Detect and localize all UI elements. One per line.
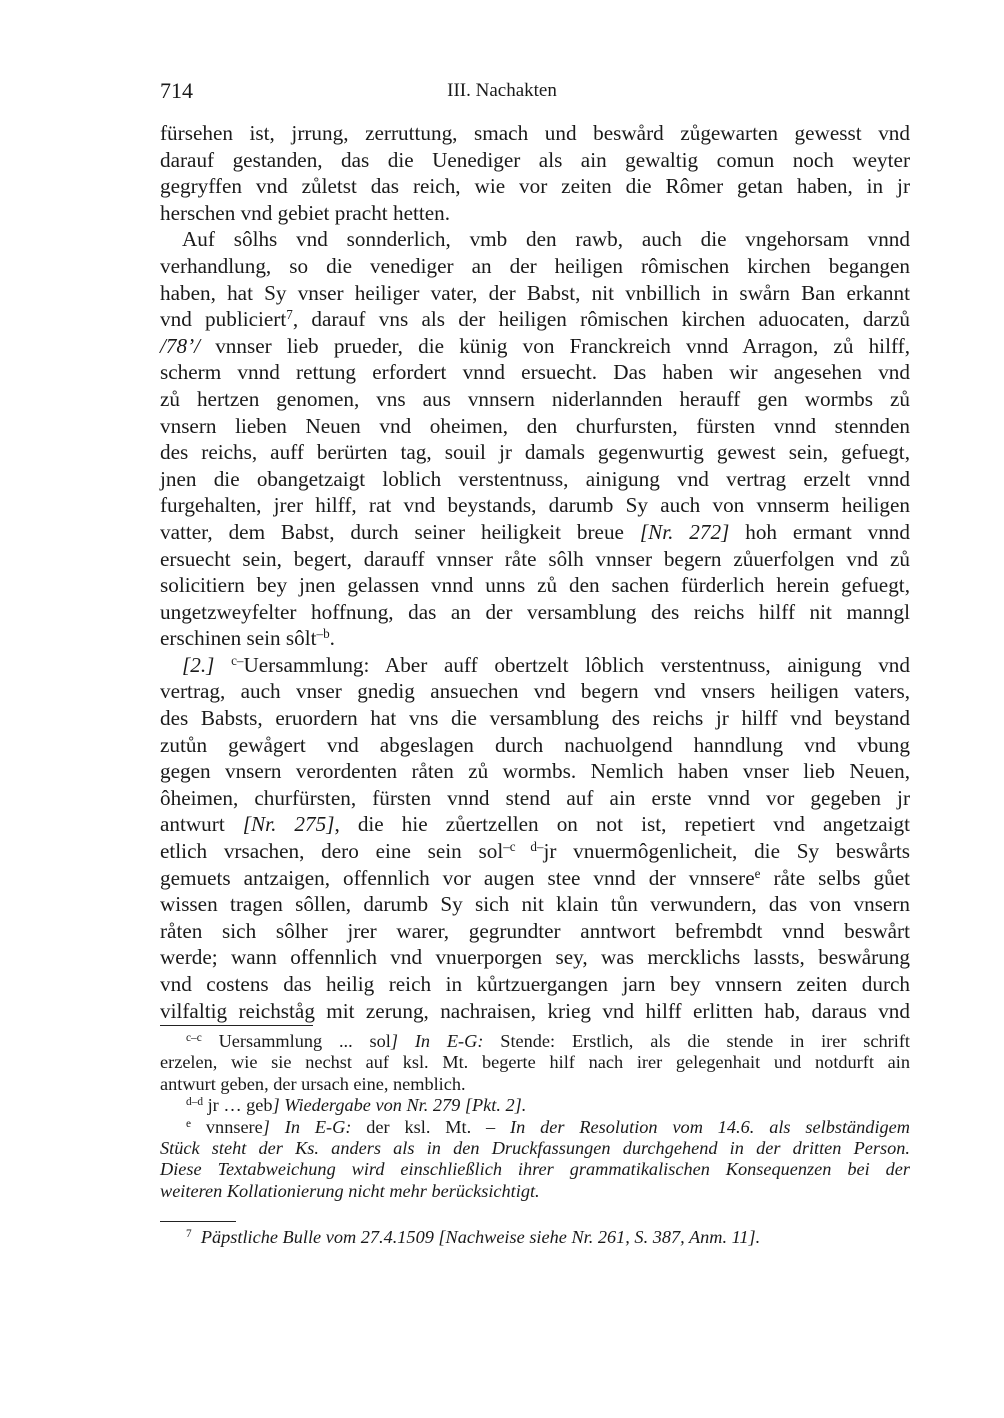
paragraph: Auf sôlhs vnd sonnderlich, vmb den rawb,… (160, 226, 910, 652)
textual-note-d: d–d jr … geb] Wiedergabe von Nr. 279 [Pk… (160, 1095, 910, 1116)
text-line: gemuets antzaigen, offennlich vor augen … (160, 865, 910, 892)
note-text-line: antwurt geben, der ursach eine, nemblich… (160, 1074, 910, 1095)
text-line: ersuecht sein, begert, darauff vnnser rå… (160, 546, 910, 573)
note-comment-line: weiteren Kollationierung nicht mehr berü… (160, 1181, 910, 1202)
text-fragment: antwurt (160, 812, 243, 836)
text-line: /78’/ vnnser lieb prueder, die künig von… (160, 333, 910, 360)
text-fragment: , darauf vns als der heiligen rômischen … (293, 307, 910, 331)
text-fragment: erschinen sein sôlt (160, 626, 317, 650)
text-fragment: vatter, dem Babst, durch seiner heiligke… (160, 520, 640, 544)
lemma-bracket: ] (263, 1117, 270, 1137)
cross-reference[interactable]: [Nr. 272] (640, 520, 730, 544)
text-line: antwurt [Nr. 275], die hie zůertzellen o… (160, 811, 910, 838)
note-comment-line: Stück steht der Ks. anders als in den Dr… (160, 1138, 910, 1159)
text-fragment: råte selbs gůet (760, 866, 910, 890)
text-line: vnd costens das heilig reich in kůrtzuer… (160, 971, 910, 998)
paragraph: [2.] c–Uersammlung: Aber auff obertzelt … (160, 652, 910, 1024)
text-line: haben, hat Sy vnser heiliger vater, der … (160, 280, 910, 307)
note-source: In E-G: (285, 1117, 352, 1137)
textual-notes: c–c Uersammlung ... sol] In E-G: Stende:… (160, 1031, 910, 1202)
text-line: gegen vnsern verordenten råten zů wormbs… (160, 758, 910, 785)
note-marker: d–d (186, 1096, 203, 1108)
text-line: des reichs, auff berürten tag, souil jr … (160, 439, 910, 466)
text-fragment: etlich vrsachen, dero eine sein sol (160, 839, 503, 863)
note-marker: e (186, 1117, 191, 1129)
note-marker: 7 (186, 1228, 192, 1240)
text-fragment: Uersammlung: Aber auff obertzelt lôblich… (243, 653, 910, 677)
text-line: vatter, dem Babst, durch seiner heiligke… (160, 519, 910, 546)
note-marker-b: –b (317, 626, 330, 641)
note-marker-c[interactable]: c– (231, 653, 243, 668)
cross-reference[interactable]: [Nr. 275] (243, 812, 335, 836)
text-line: etlich vrsachen, dero eine sein sol–c d–… (160, 838, 910, 865)
text-line: furgehalten, jrer hilff, rat vnd beystan… (160, 492, 910, 519)
text-fragment: . (330, 626, 335, 650)
commentary-separator (160, 1221, 236, 1222)
text-line: zů hertzen genomen, vns aus vnnsern nide… (160, 386, 910, 413)
text-fragment: , die hie zůertzellen on not ist, repeti… (334, 812, 910, 836)
note-lemma: Uersammlung ... sol (219, 1031, 391, 1051)
textual-note-c: c–c Uersammlung ... sol] In E-G: Stende:… (160, 1031, 910, 1052)
lemma-bracket: ] (273, 1095, 280, 1115)
note-comment: In der Resolution vom 14.6. als selbstän… (510, 1117, 910, 1137)
text-line: vnd publiciert7, darauf vns als der heil… (160, 306, 910, 333)
section-number: [2.] (182, 653, 214, 677)
text-fragment: vnd publiciert (160, 307, 286, 331)
text-line: [2.] c–Uersammlung: Aber auff obertzelt … (160, 652, 910, 679)
note-text-line: erzelen, wie sie nechst auf ksl. Mt. beg… (160, 1052, 910, 1073)
text-fragment: jr vnuermôgenlicheit, die Sy beswårts (543, 839, 910, 863)
text-line: råten sich sôlher jrer warer, gegrundter… (160, 918, 910, 945)
lemma-bracket: ] (391, 1031, 398, 1051)
text-line: ungetzweyfelter hoffnung, das an der ver… (160, 599, 910, 626)
text-line: vertrag, auch vnser gnedig ansuechen vnd… (160, 678, 910, 705)
text-line: herschen vnd gebiet pracht hetten. (160, 200, 910, 227)
text-line: wissen tragen sôllen, darumb Sy sich nit… (160, 891, 910, 918)
text-line: ôheimen, churfürsten, fürsten vnnd stend… (160, 785, 910, 812)
note-comment-line: Diese Textabweichung wird einschließlich… (160, 1159, 910, 1180)
text-line: werde; wann offennlich vnd vnuerporgen s… (160, 944, 910, 971)
text-fragment: vnnser lieb prueder, die künig von Franc… (200, 334, 910, 358)
note-text: Päpstliche Bulle vom 27.4.1509 [Nachweis… (201, 1227, 760, 1247)
text-line: Auf sôlhs vnd sonnderlich, vmb den rawb,… (160, 226, 910, 253)
text-fragment: hoh ermant vnnd (729, 520, 910, 544)
note-marker-c-d[interactable]: –c d– (503, 839, 543, 854)
note-lemma: jr … geb (208, 1095, 273, 1115)
note-source: In E-G: (415, 1031, 484, 1051)
text-line: vnsern lieben Neuen vnd oheimen, den chu… (160, 413, 910, 440)
commentary-note-7: 7 Päpstliche Bulle vom 27.4.1509 [Nachwe… (160, 1227, 910, 1248)
note-lemma: vnnsere (206, 1117, 263, 1137)
text-line: jnen die obangetzaigt loblich verstentnu… (160, 466, 910, 493)
note-marker: c–c (186, 1032, 202, 1044)
textual-note-e: e vnnsere] In E-G: der ksl. Mt. – In der… (160, 1117, 910, 1138)
text-line: vilfaltig reichståg mit zerung, nachrais… (160, 998, 910, 1025)
main-text: fürsehen ist, jrrung, zerruttung, smach … (160, 120, 910, 1024)
paragraph: fürsehen ist, jrrung, zerruttung, smach … (160, 120, 910, 226)
text-line: darauf gestanden, das die Uenediger als … (160, 147, 910, 174)
text-line: zutůn gewågert vnd abgeslagen durch nach… (160, 732, 910, 759)
text-line: gegryffen vnd zůletst das reich, wie vor… (160, 173, 910, 200)
note-reading: der ksl. Mt. – (366, 1117, 495, 1137)
text-line: verhandlung, so die venediger an der hei… (160, 253, 910, 280)
text-line: fürsehen ist, jrrung, zerruttung, smach … (160, 120, 910, 147)
text-line: solicitiern bey jnen gelassen vnnd unns … (160, 572, 910, 599)
running-head: III. Nachakten (0, 80, 1004, 102)
footnote-separator (160, 1025, 313, 1026)
commentary-notes: 7 Päpstliche Bulle vom 27.4.1509 [Nachwe… (160, 1227, 910, 1248)
note-text: Stende: Erstlich, als die stende in irer… (500, 1031, 910, 1051)
folio-marker: /78’/ (160, 334, 200, 358)
text-line: des Babsts, eruordern hat vns die versam… (160, 705, 910, 732)
text-line: scherm vnnd rettung erfordert vnnd ersue… (160, 359, 910, 386)
text-line: erschinen sein sôlt–b. (160, 625, 910, 652)
text-fragment: gemuets antzaigen, offennlich vor augen … (160, 866, 755, 890)
note-comment: Wiedergabe von Nr. 279 [Pkt. 2]. (284, 1095, 526, 1115)
